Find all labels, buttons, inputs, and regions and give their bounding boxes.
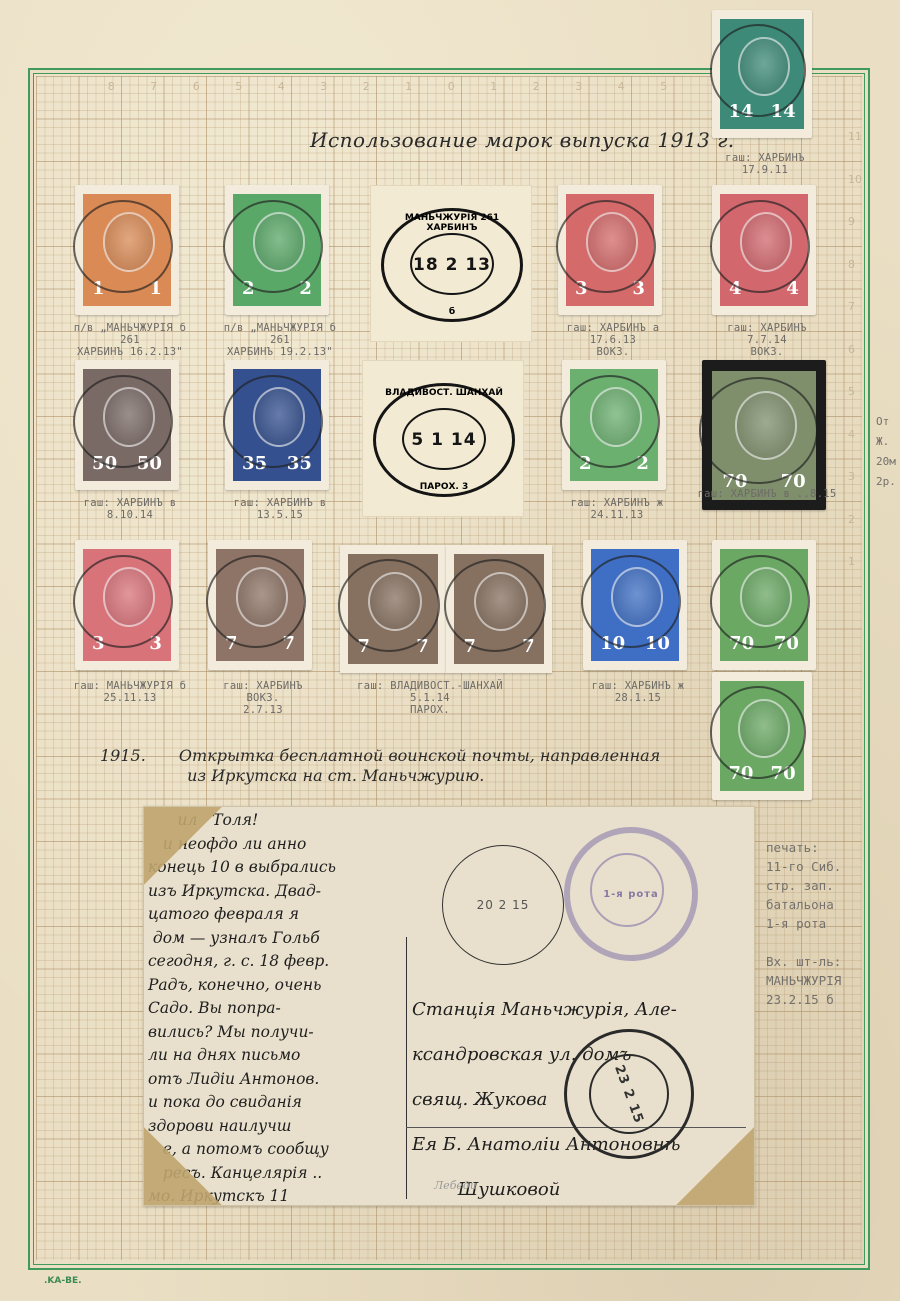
ruler-number: 4: [848, 428, 862, 471]
ruler-number: 4: [260, 80, 303, 93]
ruler-number: 1: [388, 80, 431, 93]
page-title: Использование марок выпуска 1913 г.: [310, 128, 735, 152]
ruler-number: 11: [848, 130, 862, 173]
cancellation-mark: [710, 555, 810, 648]
stamp-10-kop: 1010: [583, 540, 687, 670]
cancellation-mark: [710, 24, 806, 116]
side-note: печать:11-го Сиб.стр. зап.батальона1-я р…: [766, 838, 841, 1009]
ruler-number: 8: [90, 80, 133, 93]
ruler-number: 3: [303, 80, 346, 93]
unit-stamp: 1-я рота: [564, 827, 698, 961]
ruler-number: 3: [848, 470, 862, 513]
cancellation-mark: [73, 200, 173, 293]
ruler-number: 0: [430, 80, 473, 93]
ruler-number: 5: [643, 80, 686, 93]
ruler-number: 6: [848, 343, 862, 386]
stamp-7-kop: 77: [208, 540, 312, 670]
stamp-2-kop: 22: [562, 360, 666, 490]
stamp-caption: гаш: ХАРБИНЪ а17.6.13ВОКЗ.: [538, 322, 688, 358]
stamp-14-kop: 1414: [712, 10, 812, 138]
cancellation-mark: [223, 375, 323, 468]
postcard-heading-line2: из Иркутска на ст. Маньчжурию.: [187, 766, 484, 785]
stamp-1-kop: 11: [75, 185, 179, 315]
stamp-70-kop-extra: 7070: [712, 672, 812, 800]
cancellation-mark: [699, 377, 818, 484]
edge-note: ОтЖ.20м2р.: [876, 412, 896, 492]
stamp-caption: п/в „МАНЬЧЖУРІЯ б261ХАРБИНЪ 19.2.13": [205, 322, 355, 358]
ruler-number: 1: [848, 555, 862, 598]
stamp-3-kop: 33: [558, 185, 662, 315]
stamp-design: 1414: [720, 19, 804, 129]
stamp-caption: гаш: ХАРБИНЪ ж24.11.13: [542, 497, 692, 521]
ruler-number: 2: [515, 80, 558, 93]
album-page: 87654321012345 1110987654321 Использован…: [0, 0, 900, 1301]
postmark-text: МАНЬЧЖУРІЯ 261 ХАРБИНЪ: [384, 213, 520, 233]
ruler-number: 1: [473, 80, 516, 93]
cancellation-mark: [710, 686, 806, 778]
postmark: 18 2 13МАНЬЧЖУРІЯ 261 ХАРБИНЪб: [381, 208, 523, 322]
stamp-caption: гаш: ХАРБИНЪВОКЗ.2.7.13: [188, 680, 338, 716]
stamp-pair-item: 77: [340, 545, 446, 673]
stamp-pair-item: 77: [446, 545, 552, 673]
postcard-heading: 1915. Открытка бесплатной воинской почты…: [100, 746, 660, 786]
stamp-2-kop: 22: [225, 185, 329, 315]
stamp-caption: гаш: МАНЬЧЖУРІЯ б25.11.13: [55, 680, 205, 704]
postmark-text: ПАРОХ. 3: [376, 482, 512, 492]
ruler-number: 3: [558, 80, 601, 93]
ruler-number: 2: [345, 80, 388, 93]
ruler-number: 2: [848, 513, 862, 556]
field-post-postcard: ил Толя! и неофдо ли анно конець 10 в вы…: [143, 806, 755, 1206]
postmark-text: б: [384, 307, 520, 317]
cancellation-mark: [444, 559, 546, 651]
stamp-caption: гаш: ХАРБИНЪ в8.10.14: [55, 497, 205, 521]
top-ruler: 87654321012345: [90, 80, 685, 93]
brand-mark: .KA-BE.: [44, 1276, 82, 1286]
photo-corner-bottom-right: [676, 1127, 755, 1206]
cancellation-mark: [338, 559, 440, 651]
stamp-3-kop: 33: [75, 540, 179, 670]
ruler-number: 4: [600, 80, 643, 93]
departure-postmark: 20 2 15: [442, 845, 564, 965]
ruler-number: 8: [848, 258, 862, 301]
cancellation-mark: [560, 375, 660, 468]
stamp-50-kop: 5050: [75, 360, 179, 490]
postcard-heading-line1: Открытка бесплатной воинской почты, напр…: [179, 746, 660, 765]
ruler-number: 7: [848, 300, 862, 343]
stamp-4-kop: 44: [712, 185, 816, 315]
ruler-number: 9: [848, 215, 862, 258]
ruler-number: 5: [218, 80, 261, 93]
postcard-message: ил Толя! и неофдо ли анно конець 10 в вы…: [148, 809, 336, 1206]
postmark-cutout: 18 2 13МАНЬЧЖУРІЯ 261 ХАРБИНЪб: [370, 185, 532, 342]
postcard-year: 1915.: [100, 746, 146, 765]
cancellation-mark: [73, 375, 173, 468]
stamp-caption: п/в „МАНЬЧЖУРІЯ б261ХАРБИНЪ 16.2.13": [55, 322, 205, 358]
stamp-70-kop: 7070: [712, 540, 816, 670]
pencil-note: Лебеди: [434, 1179, 477, 1192]
stamp-caption: гаш: ХАРБИНЪ в13.5.15: [205, 497, 355, 521]
stamp-caption: гаш: ХАРБИНЪ ж28.1.15: [563, 680, 713, 704]
cancellation-mark: [73, 555, 173, 648]
arrival-postmark: 23 2 15: [564, 1029, 694, 1159]
ruler-number: 10: [848, 173, 862, 216]
cancellation-mark: [223, 200, 323, 293]
postmark-text: ВЛАДИВОСТ. ШАНХАЙ: [376, 388, 512, 398]
cancellation-mark: [206, 555, 306, 648]
stamp-caption: гаш: ХАРБИНЪ в ..8.15: [692, 488, 842, 500]
stamp-caption: гаш: ВЛАДИВОСТ.-ШАНХАЙ5.1.14ПАРОХ.: [320, 680, 540, 716]
right-ruler: 1110987654321: [848, 130, 862, 598]
cancellation-mark: [581, 555, 681, 648]
postcard-divider: [406, 937, 407, 1199]
stamp-caption: гаш: ХАРБИНЪ17.9.11: [700, 152, 830, 176]
stamp-design: 7070: [720, 681, 804, 791]
stamp-35-kop: 3535: [225, 360, 329, 490]
ruler-number: 7: [133, 80, 176, 93]
postmark: 5 1 14ВЛАДИВОСТ. ШАНХАЙПАРОХ. 3: [373, 383, 515, 497]
postmark-cutout: 5 1 14ВЛАДИВОСТ. ШАНХАЙПАРОХ. 3: [362, 360, 524, 517]
ruler-number: 5: [848, 385, 862, 428]
ruler-number: 6: [175, 80, 218, 93]
cancellation-mark: [556, 200, 656, 293]
cancellation-mark: [710, 200, 810, 293]
stamp-caption: гаш: ХАРБИНЪ7.7.14ВОКЗ.: [692, 322, 842, 358]
